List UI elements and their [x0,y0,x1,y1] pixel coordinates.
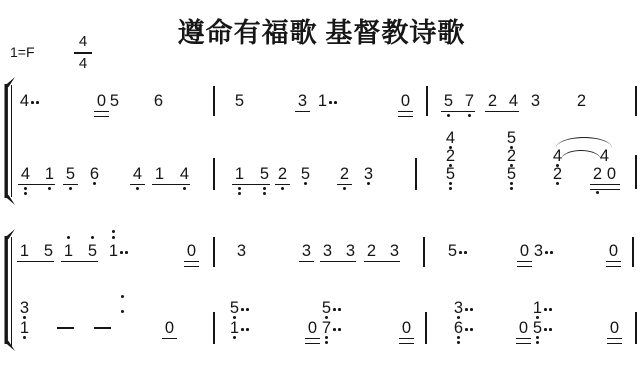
barline [425,312,427,344]
underline [516,338,531,344]
underline [299,261,314,266]
octave-dot [545,251,548,254]
underline [364,261,400,266]
note-digit: 0 [95,93,108,110]
octave-dot [120,251,123,254]
octave-dot [333,308,336,311]
note-digit: 0 [399,93,412,110]
system-bracket [1,229,17,351]
note-digit: 6 [152,93,165,110]
octave-dot [121,295,124,298]
underline [398,111,413,117]
note-digit: 4 [18,93,31,110]
octave-dot [36,101,39,104]
octave-dot [465,308,468,311]
octave-dot [238,192,241,195]
tie-arc [556,137,612,148]
system-bracket [1,77,17,205]
underline [184,261,199,267]
note-digit: 4 [19,166,32,183]
note-digit: 6 [452,320,465,337]
octave-dot [241,308,244,311]
note-digit: 7 [320,320,333,337]
underline [275,184,290,189]
octave-dot [449,182,452,185]
note-digit: 5 [320,300,333,317]
octave-dot [449,187,452,190]
note-digit: 5 [531,320,544,337]
barline [635,155,637,189]
tie-arc [561,150,601,160]
note-digit: 4 [131,166,144,183]
underline [320,261,356,266]
octave-dot [464,251,467,254]
note-digit: 5 [228,300,241,317]
note-digit: 5 [442,93,455,110]
note-digit: 1 [62,243,75,260]
octave-dot [544,328,547,331]
note-digit: 4 [178,166,191,183]
octave-dot [549,328,552,331]
octave-dot [465,328,468,331]
barline [635,86,637,116]
octave-dot [233,336,236,339]
note-digit: 1 [153,166,166,183]
octave-dot [470,328,473,331]
underline [295,111,310,116]
underline [606,261,621,267]
octave-dot [304,182,307,185]
octave-dot [549,308,552,311]
system-start-barline [11,85,13,197]
note-digit: 3 [18,300,31,317]
note-digit: 3 [388,243,401,260]
octave-dot [23,336,26,339]
underline [162,338,177,343]
note-digit: 3 [235,243,248,260]
note-digit: 2 [591,166,604,183]
octave-dot [91,236,94,239]
note-digit: 2 [486,93,499,110]
note-digit: 6 [88,166,101,183]
note-digit: 3 [300,243,313,260]
octave-dot [536,341,539,344]
note-digit: 2 [444,148,457,165]
note-digit: 0 [306,320,319,337]
note-digit: 5 [444,166,457,183]
octave-dot [457,341,460,344]
note-digit: 0 [185,243,198,260]
note-digit: 5 [108,93,121,110]
note-digit: 0 [608,320,621,337]
barline [423,237,425,267]
note-digit: 5 [446,243,459,260]
note-digit: 0 [400,320,413,337]
underline [441,111,475,116]
barline [426,86,428,116]
underline [517,261,532,267]
note-digit: 3 [321,243,334,260]
underline [18,184,55,189]
note-digit: 5 [299,166,312,183]
note-digit: 5 [233,93,246,110]
note-digit: 2 [551,166,564,183]
underline [607,338,622,344]
note-digit: 1 [43,166,56,183]
duration-dash [94,327,111,329]
barline [635,312,637,344]
note-digit: 5 [505,166,518,183]
octave-dot [112,236,115,239]
underline [485,111,519,116]
note-digit: 3 [452,300,465,317]
octave-dot [457,336,460,339]
octave-dot [121,310,124,313]
system-start-barline [11,237,13,347]
octave-dot [93,182,96,185]
octave-dot [338,308,341,311]
sheet-page: 遵命有福歌 基督教诗歌 1=F 4 4 40565310572432415641… [0,0,643,371]
note-digit: 5 [258,166,271,183]
underline [590,184,620,190]
note-digit: 3 [362,166,375,183]
barline [213,312,215,344]
barline [415,158,417,190]
octave-dot [325,336,328,339]
octave-dot [246,308,249,311]
underline [61,261,98,266]
underline [337,184,352,189]
note-digit: 1 [233,166,246,183]
note-digit: 2 [338,166,351,183]
note-digit: 0 [518,243,531,260]
note-digit: 5 [505,130,518,147]
underline [17,261,54,266]
note-digit: 2 [365,243,378,260]
octave-dot [510,182,513,185]
note-digit: 0 [517,320,530,337]
octave-dot [556,182,559,185]
octave-dot [367,182,370,185]
note-digit: 3 [344,243,357,260]
octave-dot [67,236,70,239]
note-digit: 5 [86,243,99,260]
note-digit: 1 [531,300,544,317]
note-digit: 4 [507,93,520,110]
duration-dash [57,327,74,329]
barline [213,237,215,267]
octave-dot [329,101,332,104]
note-digit: 1 [228,320,241,337]
note-digit: 2 [505,148,518,165]
note-digit: 0 [163,320,176,337]
note-digit: 5 [42,243,55,260]
octave-dot [263,192,266,195]
octave-dot [325,341,328,344]
octave-dot [338,328,341,331]
octave-dot [24,192,27,195]
note-digit: 1 [18,320,31,337]
barline [213,158,215,190]
underline [152,184,190,189]
underline [63,184,78,189]
underline [305,338,320,344]
octave-dot [510,187,513,190]
note-digit: 2 [575,93,588,110]
octave-dot [334,101,337,104]
note-digit: 3 [529,93,542,110]
note-digit: 1 [18,243,31,260]
octave-dot [333,328,336,331]
note-digit: 0 [607,243,620,260]
note-digit: 5 [64,166,77,183]
octave-dot [241,328,244,331]
underline [399,338,414,344]
note-digit: 3 [296,93,309,110]
note-digit: 0 [605,166,618,183]
octave-dot [544,308,547,311]
note-digit: 4 [444,130,457,147]
underline [232,184,270,189]
underline [94,111,109,117]
octave-dot [31,101,34,104]
note-digit: 3 [532,243,545,260]
note-digit: 1 [107,243,120,260]
underline [130,184,145,189]
octave-dot [459,251,462,254]
note-digit: 7 [463,93,476,110]
note-digit: 1 [316,93,329,110]
octave-dot [596,191,599,194]
score: 4056531057243241564141525234255254242015… [0,0,643,371]
octave-dot [112,230,115,233]
barline [213,86,215,116]
octave-dot [550,251,553,254]
octave-dot [536,336,539,339]
octave-dot [125,251,128,254]
barline [632,237,634,267]
note-digit: 2 [276,166,289,183]
octave-dot [246,328,249,331]
octave-dot [470,308,473,311]
